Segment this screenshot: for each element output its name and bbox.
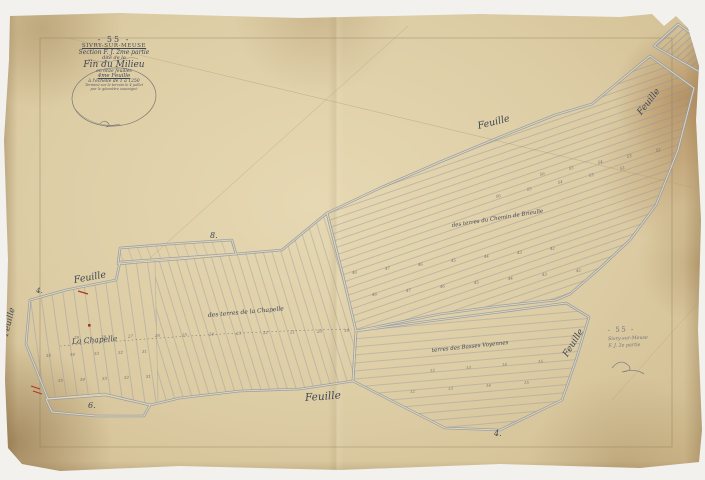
parcel-number: 33 xyxy=(94,351,100,356)
parcel-number: 42 xyxy=(575,267,582,273)
parcel-number: 42 xyxy=(549,245,556,251)
parcel-number: 43 xyxy=(541,271,548,277)
parcel-number: 45 xyxy=(450,257,457,263)
parcel-number: 15 xyxy=(538,359,544,364)
parcel-number: 48 xyxy=(371,291,378,297)
parcel-number: 34 xyxy=(80,377,86,382)
feuille-label-south: Feuille xyxy=(305,391,342,404)
parcel-number: 25 xyxy=(181,332,188,337)
parcel-number: 14 xyxy=(486,383,492,388)
pencil-margin-note: - 55 - Sivry-sur-Meuse F. J. 2e partie xyxy=(608,323,673,350)
parcel-number: 26 xyxy=(154,333,161,338)
map-sheet-paper: 2928272625242322212019484746454443424847… xyxy=(0,0,705,480)
parcel-number: 44 xyxy=(483,253,490,259)
parcel-number: 15 xyxy=(524,380,530,385)
parcel-number: 33 xyxy=(102,376,108,381)
parcel-number: 47 xyxy=(384,265,391,271)
parcel-number: 35 xyxy=(46,353,52,358)
red-tick xyxy=(31,386,40,389)
parcel-number: 34 xyxy=(70,352,76,357)
parcel-number: 47 xyxy=(405,287,412,293)
parcel-number: 12 xyxy=(430,368,436,373)
sheet-corner-number-6: 6. xyxy=(88,402,96,410)
parcel-number: 32 xyxy=(118,350,124,355)
parcel-number: 13 xyxy=(466,365,472,370)
parcel-northeast xyxy=(327,56,694,331)
parcel-number: 35 xyxy=(58,378,64,383)
parcel-number: 44 xyxy=(507,275,514,281)
sheet-corner-number-8: 8. xyxy=(210,232,218,240)
parcel-number: 46 xyxy=(439,283,446,289)
parcel-number: 20 xyxy=(316,329,323,334)
chapel-symbol xyxy=(88,324,91,327)
scan-background: 2928272625242322212019484746454443424847… xyxy=(0,0,705,480)
sheet-corner-number-4-left: 4. xyxy=(36,288,43,295)
parcel-number: 13 xyxy=(448,386,454,391)
title-cartouche: - 55 - SIVRY-SUR-MEUSE Section F. J. 2me… xyxy=(58,36,170,91)
parcel-number: 27 xyxy=(127,334,134,339)
parcel-number: 43 xyxy=(516,249,523,255)
parcel-number: 32 xyxy=(124,375,130,380)
margin-note-flourish xyxy=(612,362,644,374)
parcel-number: 21 xyxy=(289,329,295,334)
parcel-number: 12 xyxy=(410,389,416,394)
parcel-number: 22 xyxy=(262,330,269,335)
parcel-number: 46 xyxy=(417,261,424,267)
parcel-number: 48 xyxy=(351,269,358,275)
parcel-number: 14 xyxy=(502,362,508,367)
parcel-number: 31 xyxy=(146,374,151,379)
cartouche-note-2: par le géomètre soussigné xyxy=(58,88,170,92)
parcel-number: 31 xyxy=(142,349,147,354)
sheet-corner-number-4-right: 4. xyxy=(494,430,502,438)
parcel-number: 23 xyxy=(235,331,242,336)
red-tick xyxy=(33,391,42,394)
parcel-number: 19 xyxy=(344,328,350,333)
parcel-number: 45 xyxy=(473,279,480,285)
parcel-number: 24 xyxy=(208,331,215,336)
